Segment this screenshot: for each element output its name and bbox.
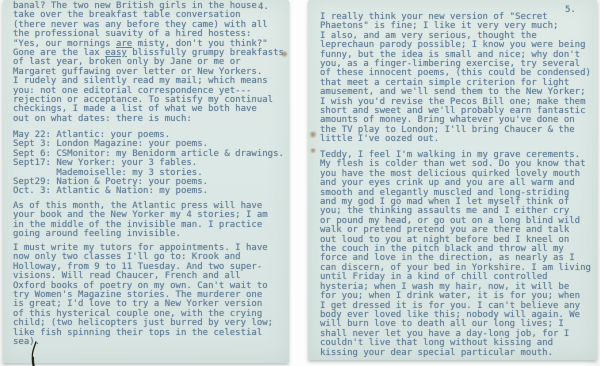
typed-paragraph: Teddy, I feel I'm walking in my grave ce… bbox=[320, 151, 591, 358]
foxing-spot bbox=[310, 147, 316, 154]
letter-page-4: 4. banal? The two new British girls in t… bbox=[3, 0, 289, 363]
typed-paragraph: I must write my tutors for appointments.… bbox=[13, 244, 273, 347]
foxing-spot bbox=[309, 130, 317, 139]
letter-scan: 4. banal? The two new British girls in t… bbox=[0, 0, 600, 366]
foxing-spot bbox=[281, 50, 288, 58]
typed-text-segment: blissfully grumpy breakfasts of last yea… bbox=[13, 48, 284, 124]
typed-paragraph: I really think your new version of "Secr… bbox=[320, 13, 591, 145]
typed-paragraph: As of this month, the Atlantic press wil… bbox=[13, 202, 268, 240]
submission-schedule-list: May 22: Atlantic: your poems. Sept 3: Lo… bbox=[13, 131, 284, 197]
letter-page-5: 5. I really think your new version of "S… bbox=[308, 0, 597, 360]
handwritten-ink-mark bbox=[28, 341, 40, 366]
typed-paragraph: banal? The two new British girls in the … bbox=[13, 2, 284, 124]
